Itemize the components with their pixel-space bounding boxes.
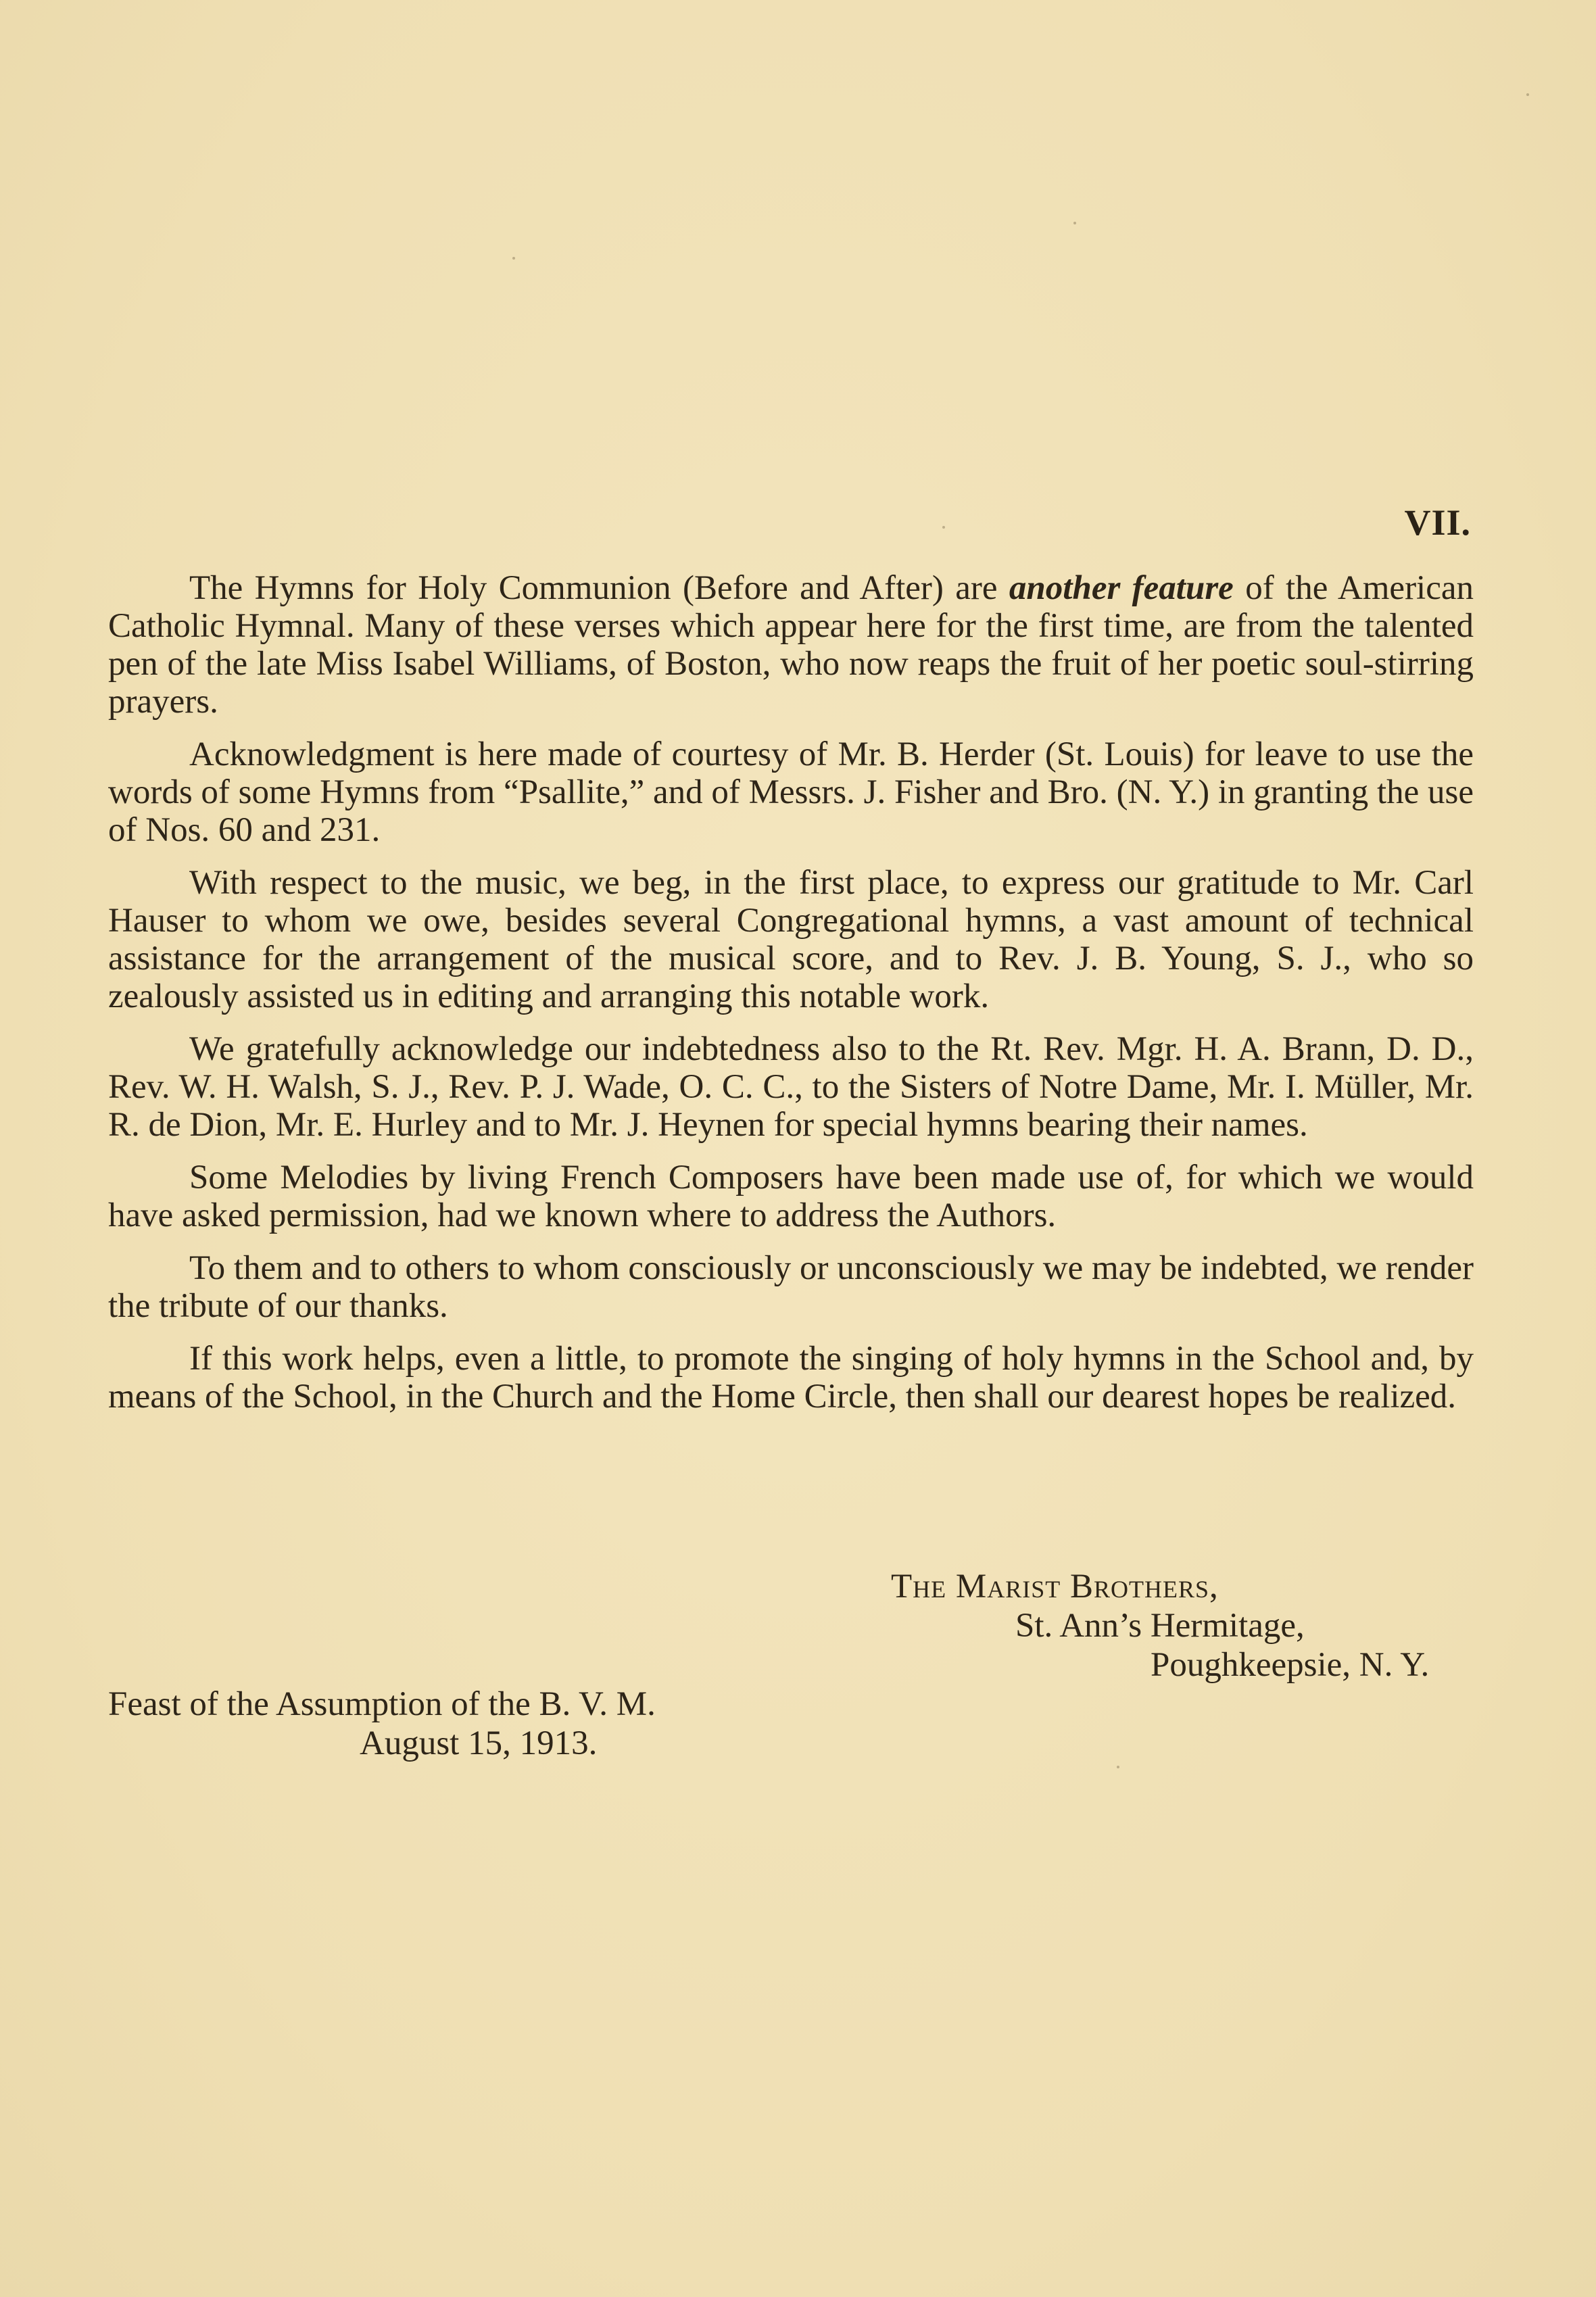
emphasis-another-feature: another feature [1009, 569, 1234, 607]
paragraph-hopes: If this work helps, even a little, to pr… [108, 1340, 1474, 1416]
preface-body: The Hymns for Holy Communion (Before and… [108, 569, 1474, 1430]
page-number: VII. [1404, 502, 1471, 543]
dateline-date: August 15, 1913. [360, 1724, 597, 1763]
paragraph-communion-hymns: The Hymns for Holy Communion (Before and… [108, 569, 1474, 721]
paragraph-music: With respect to the music, we beg, in th… [108, 864, 1474, 1015]
signature-place: St. Ann’s Hermitage, [1015, 1606, 1305, 1645]
book-page: VII. The Hymns for Holy Communion (Befor… [0, 0, 1596, 2297]
paper-speck [1526, 93, 1529, 96]
paper-speck [942, 526, 945, 529]
paper-speck [512, 257, 515, 260]
paper-speck [1117, 1766, 1119, 1768]
paragraph-thanks: To them and to others to whom consciousl… [108, 1249, 1474, 1325]
paper-speck [1073, 222, 1076, 224]
paragraph-acknowledgment: Acknowledgment is here made of courtesy … [108, 735, 1474, 849]
dateline-occasion: Feast of the Assumption of the B. V. M. [108, 1685, 656, 1724]
paragraph-french-composers: Some Melodies by living French Composers… [108, 1159, 1474, 1234]
signature-name: The Marist Brothers, [891, 1567, 1219, 1606]
paragraph-indebtedness: We gratefully acknowledge our indebtedne… [108, 1030, 1474, 1144]
signature-city: Poughkeepsie, N. Y. [1151, 1645, 1429, 1685]
